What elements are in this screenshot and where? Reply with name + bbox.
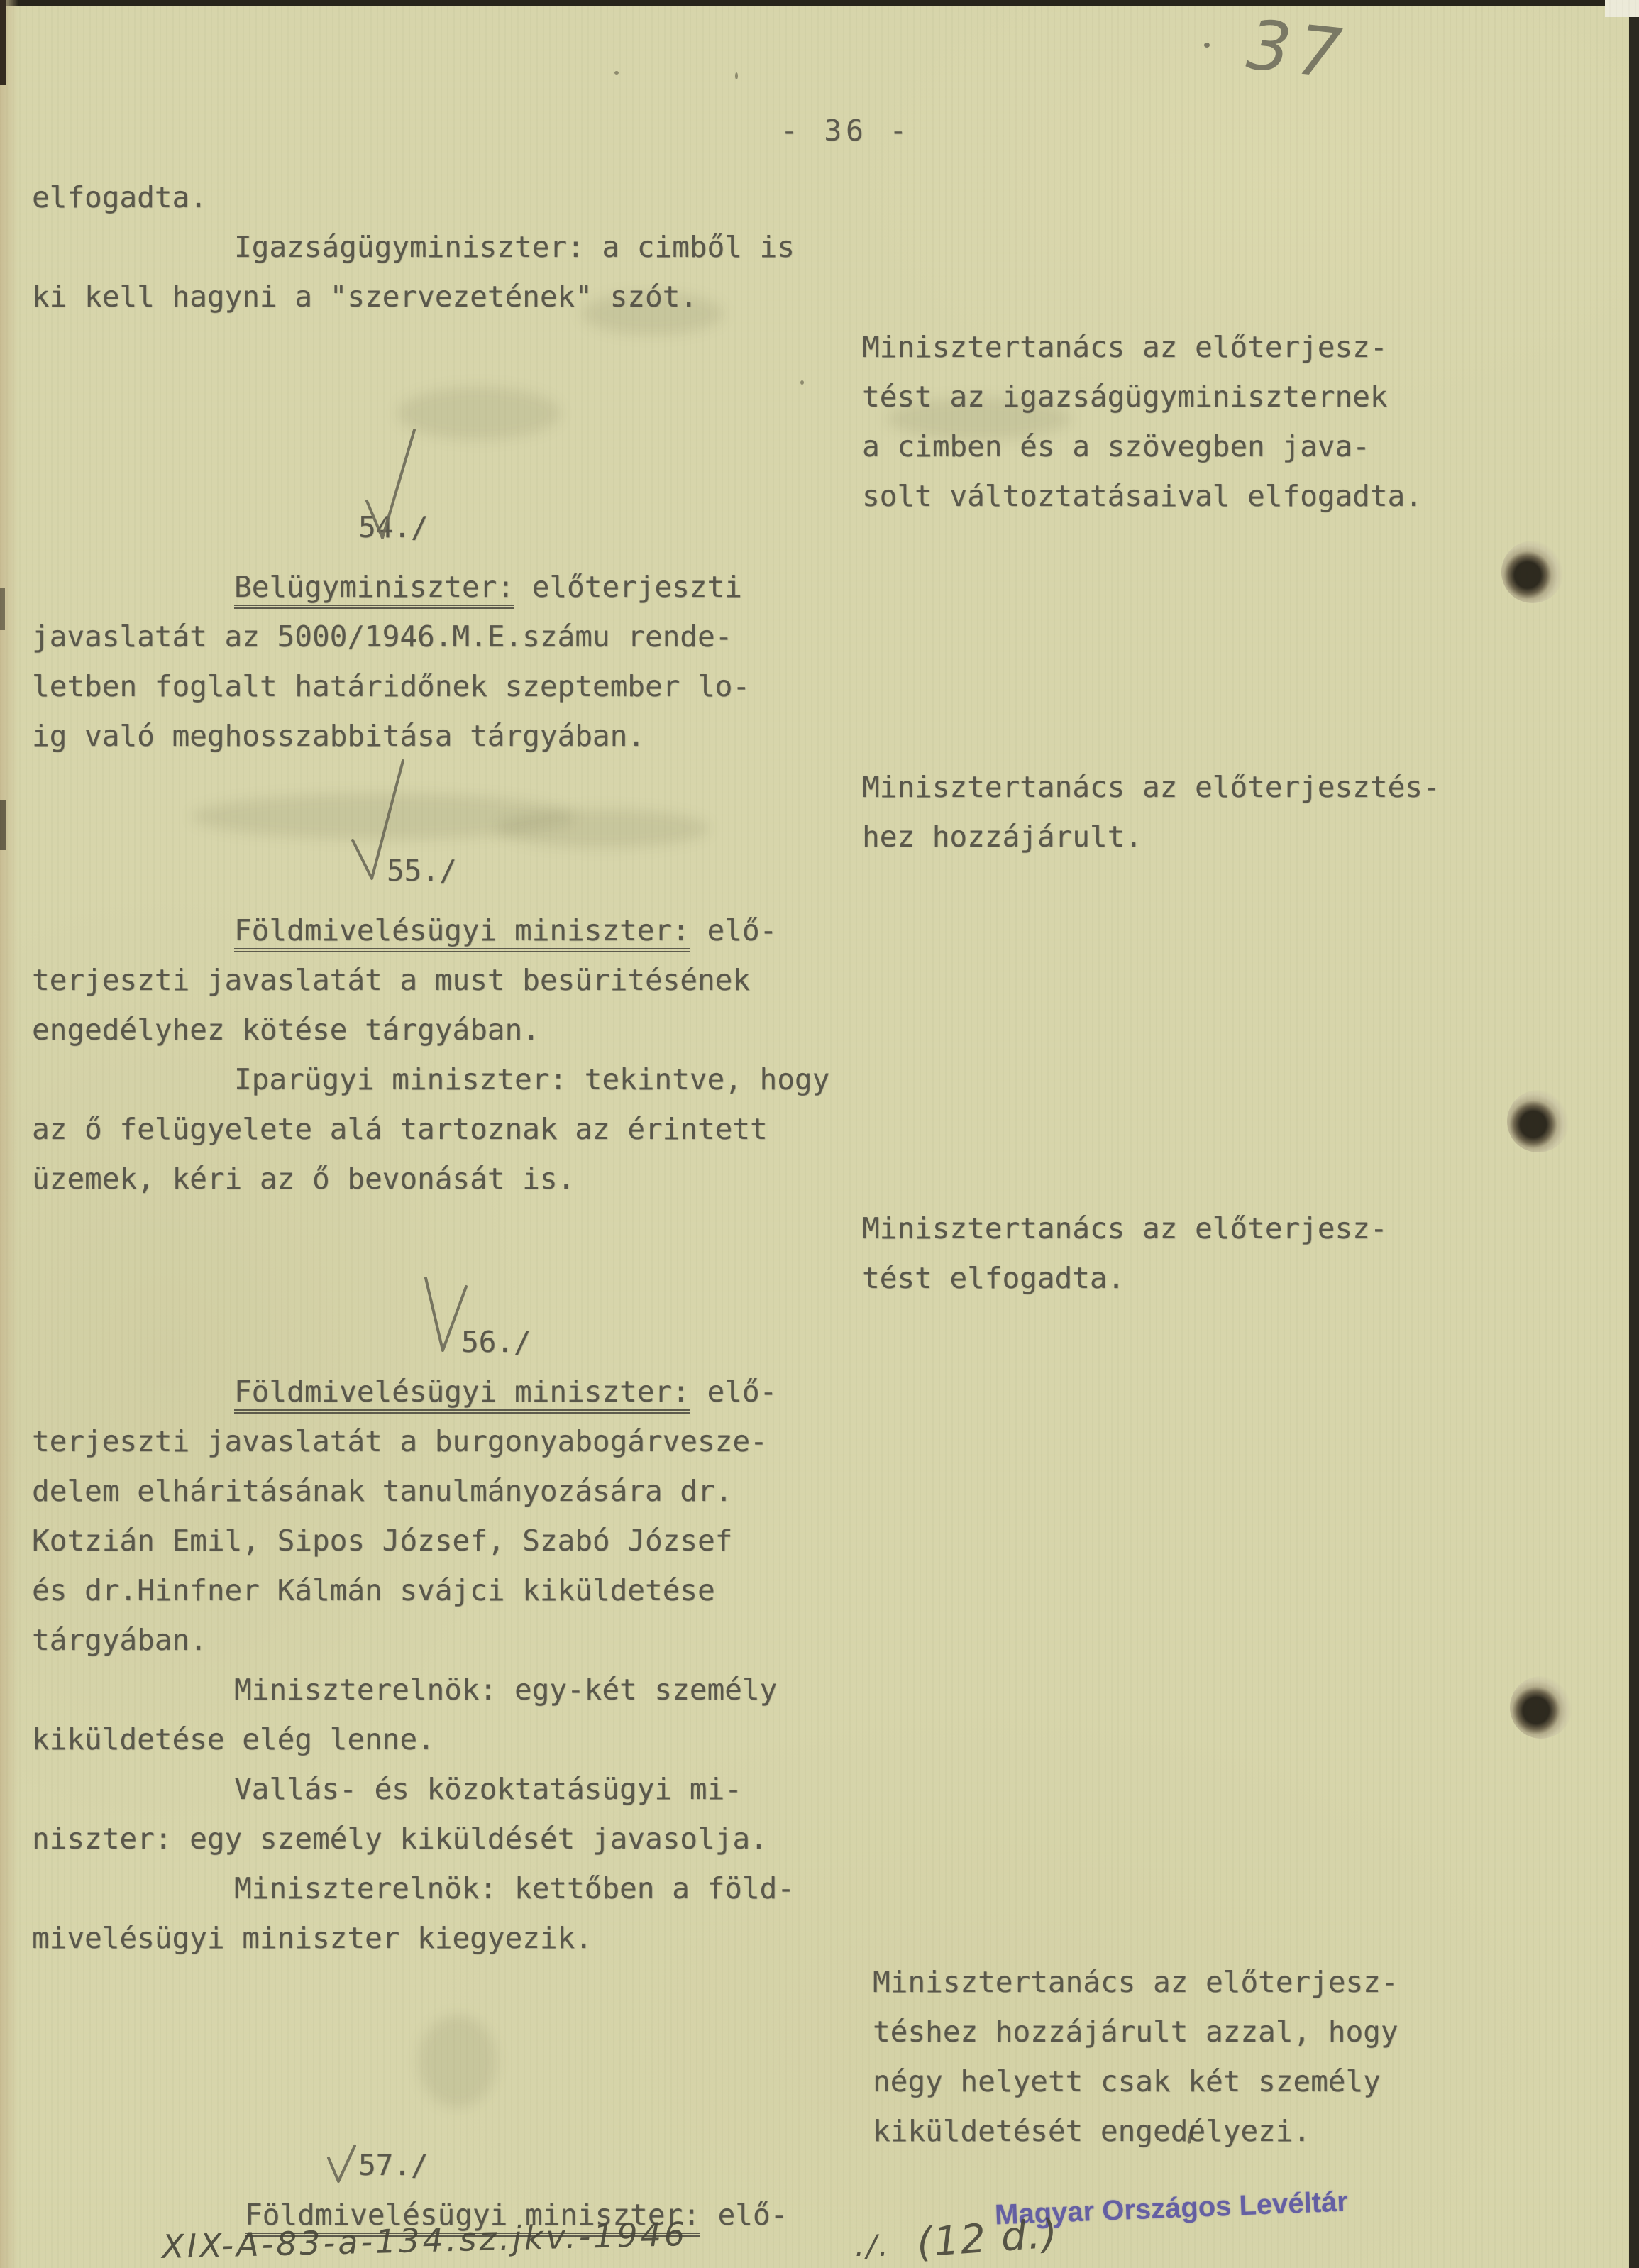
typed-line-rest: elő- [690,913,777,947]
typed-line: ig való meghosszabbitása tárgyában. [32,714,645,758]
scan-corner-top-right [1605,0,1639,17]
typed-line-rest: elő- [690,1375,777,1409]
typed-line: Iparügyi miniszter: tekintve, hogy [234,1057,829,1101]
dust-speck [735,72,738,79]
printed-page-number: - 36 - [780,114,911,148]
scan-edge-top [0,0,1611,6]
bleed-through-smudge [419,2015,497,2108]
typed-line: Kotzián Emil, Sipos József, Szabó József [32,1519,732,1563]
typed-line: Minisztertanács az előterjesz- [862,1206,1388,1250]
punch-hole-icon [1510,1676,1572,1739]
handwritten-reference-mark: ./. [855,2228,890,2263]
typed-line: mivelésügyi miniszter kiegyezik. [32,1916,592,1960]
typed-line: terjeszti javaslatát a burgonyabogárvesz… [32,1419,768,1463]
typed-line: a cimben és a szövegben java- [862,424,1370,468]
minister-heading-underlined: Földmivelésügyi miniszter: [234,913,690,952]
typed-line: kiküldetése elég lenne. [32,1717,435,1761]
item-number-57: 57./ [358,2143,429,2187]
typed-line: solt változtatásaival elfogadta. [862,474,1423,518]
typed-line: Minisztertanács az előterjesz- [862,325,1388,369]
typed-line: téshez hozzájárult azzal, hogy [873,2010,1398,2054]
typed-line: engedélyhez kötése tárgyában. [32,1008,540,1052]
typed-line: Vallás- és közoktatásügyi mi- [234,1767,742,1811]
typed-line-heading: Földmivelésügyi miniszter: elő- [234,1370,777,1414]
typed-line: letben foglalt határidőnek szeptember lo… [32,664,750,708]
typed-line: üzemek, kéri az ő bevonását is. [32,1157,575,1201]
typed-line: az ő felügyelete alá tartoznak az érinte… [32,1107,768,1151]
dust-speck [614,71,619,75]
scan-edge-sliver [0,588,5,630]
typed-line-heading: Földmivelésügyi miniszter: elő- [234,908,777,952]
minister-heading-underlined: Belügyminiszter: [234,570,514,609]
typed-line: elfogadta. [32,175,207,219]
scan-edge-sliver [0,800,6,850]
scan-edge-right [1629,16,1639,2268]
typed-line: kiküldetését engedélyezi. [873,2109,1310,2153]
item-number-54: 54./ [358,505,429,549]
typed-line: Minisztertanács az előterjesz- [873,1960,1398,2004]
pencil-dot [1204,43,1210,48]
typed-line-rest: előterjeszti [514,570,742,604]
typed-line: delem elháritásának tanulmányozására dr. [32,1469,732,1513]
punch-hole-icon [1501,541,1564,603]
typed-line: Miniszterelnök: egy-két személy [234,1668,777,1712]
scan-edge-left [0,0,18,2268]
typed-line: ki kell hagyni a "szervezetének" szót. [32,275,697,319]
item-number-56: 56./ [461,1320,531,1364]
item-number-55: 55./ [387,849,457,893]
handwritten-reference-note: (12 d.) [915,2211,1060,2267]
minister-heading-underlined: Földmivelésügyi miniszter: [234,1375,690,1414]
typed-line: tárgyában. [32,1618,207,1662]
typed-line: Miniszterelnök: kettőben a föld- [234,1866,795,1910]
scan-edge-sliver [0,0,6,85]
checkmark-icon [329,2146,355,2181]
typed-line-rest: elő- [700,2198,788,2232]
typed-line: Minisztertanács az előterjesztés- [862,765,1440,809]
dust-speck [800,380,804,385]
handwritten-reference: XIX-A-83-a-134.sz.jkv.-1946 [161,2215,688,2266]
typed-line: terjeszti javaslatát a must besüritéséne… [32,958,750,1002]
typed-line: niszter: egy személy kiküldését javasolj… [32,1817,768,1861]
typed-line: Igazságügyminiszter: a cimből is [234,225,795,269]
typed-line: négy helyett csak két személy [873,2059,1381,2103]
document-page: - 36 - 37 elfogadta.Igazságügyminiszter:… [0,0,1639,2268]
bleed-through-smudge [497,809,710,848]
typed-line: és dr.Hinfner Kálmán svájci kiküldetése [32,1568,715,1612]
typed-line: javaslatát az 5000/1946.M.E.számu rende- [32,615,732,659]
bleed-through-smudge [397,387,561,440]
handwritten-folio-number: 37 [1244,5,1352,94]
punch-hole-icon [1507,1090,1569,1152]
typed-line: tést elfogadta. [862,1256,1125,1300]
typed-line: hez hozzájárult. [862,815,1142,859]
typed-line-heading: Belügyminiszter: előterjeszti [234,565,742,609]
checkmark-icon [426,1278,466,1350]
typed-line: tést az igazságügyminiszternek [862,375,1388,419]
